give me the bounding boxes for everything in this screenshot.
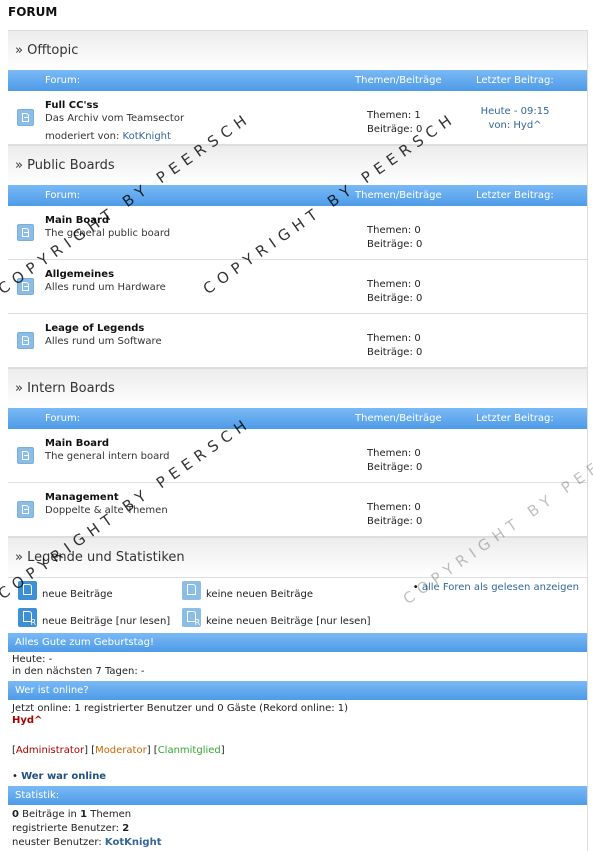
forum-title[interactable]: Main Board bbox=[45, 438, 109, 449]
forum-row: Full CC'ss Das Archiv vom Teamsector mod… bbox=[8, 91, 587, 145]
forum-title[interactable]: Management bbox=[45, 492, 119, 503]
table-header: Forum: Themen/Beiträge Letzter Beitrag: bbox=[8, 70, 587, 91]
forum-title[interactable]: Allgemeines bbox=[45, 269, 114, 280]
last-post[interactable]: Heute - 09:15von: Hyd^ bbox=[475, 105, 555, 133]
forum-row: Main Board The general public board Them… bbox=[8, 206, 587, 260]
online-block: Jetzt online: 1 registrierter Benutzer u… bbox=[8, 700, 587, 786]
stats-block: 0 Beiträge in 1 Themen registrierte Benu… bbox=[8, 805, 587, 851]
online-user-link[interactable]: Hyd^ bbox=[12, 715, 583, 727]
stats-header: Statistik: bbox=[8, 786, 587, 805]
online-header: Wer ist online? bbox=[8, 681, 587, 700]
no-new-posts-icon bbox=[17, 332, 34, 349]
new-posts-icon bbox=[18, 581, 37, 600]
no-new-posts-icon bbox=[17, 224, 34, 241]
category-intern-boards[interactable]: » Intern Boards bbox=[8, 368, 587, 408]
legend-no-new-posts-readonly: Rkeine neuen Beiträge [nur lesen] bbox=[182, 608, 371, 627]
no-new-posts-icon bbox=[17, 501, 34, 518]
forum-container: » Offtopic Forum: Themen/Beiträge Letzte… bbox=[8, 30, 588, 851]
legend-new-posts-readonly: Rneue Beiträge [nur lesen] bbox=[18, 608, 170, 627]
legend-new-posts: neue Beiträge bbox=[18, 581, 113, 600]
forum-row: Management Doppelte & alte Themen Themen… bbox=[8, 483, 587, 537]
no-new-posts-icon bbox=[17, 447, 34, 464]
forum-row: Main Board The general intern board Them… bbox=[8, 429, 587, 483]
page-title: FORUM bbox=[8, 5, 57, 19]
no-new-posts-icon bbox=[17, 109, 34, 126]
birthday-header: Alles Gute zum Geburtstag! bbox=[8, 633, 587, 652]
forum-title[interactable]: Full CC'ss bbox=[45, 100, 98, 111]
forum-title[interactable]: Leage of Legends bbox=[45, 323, 144, 334]
table-header: Forum:Themen/BeiträgeLetzter Beitrag: bbox=[8, 185, 587, 206]
no-new-posts-icon bbox=[182, 581, 201, 600]
birthday-block: Heute: - in den nächsten 7 Tagen: - bbox=[8, 652, 587, 681]
table-header: Forum:Themen/BeiträgeLetzter Beitrag: bbox=[8, 408, 587, 429]
legend-no-new-posts: keine neuen Beiträge bbox=[182, 581, 313, 600]
forum-row: Allgemeines Alles rund um Hardware Theme… bbox=[8, 260, 587, 314]
no-new-posts-readonly-icon: R bbox=[182, 608, 201, 627]
who-was-online-link[interactable]: Wer war online bbox=[21, 771, 106, 782]
forum-row: Leage of Legends Alles rund um Software … bbox=[8, 314, 587, 368]
no-new-posts-icon bbox=[17, 278, 34, 295]
legend: neue Beiträge keine neuen Beiträge Rneue… bbox=[8, 577, 587, 633]
new-posts-readonly-icon: R bbox=[18, 608, 37, 627]
category-legend: » Legende und Statistiken bbox=[8, 537, 587, 577]
category-public-boards[interactable]: » Public Boards bbox=[8, 145, 587, 185]
category-offtopic[interactable]: » Offtopic bbox=[8, 30, 587, 70]
newest-user-link[interactable]: KotKnight bbox=[105, 837, 162, 848]
moderator-link[interactable]: KotKnight bbox=[123, 131, 171, 142]
forum-title[interactable]: Main Board bbox=[45, 215, 109, 226]
mark-all-read-link[interactable]: alle Foren als gelesen anzeigen bbox=[413, 582, 579, 593]
